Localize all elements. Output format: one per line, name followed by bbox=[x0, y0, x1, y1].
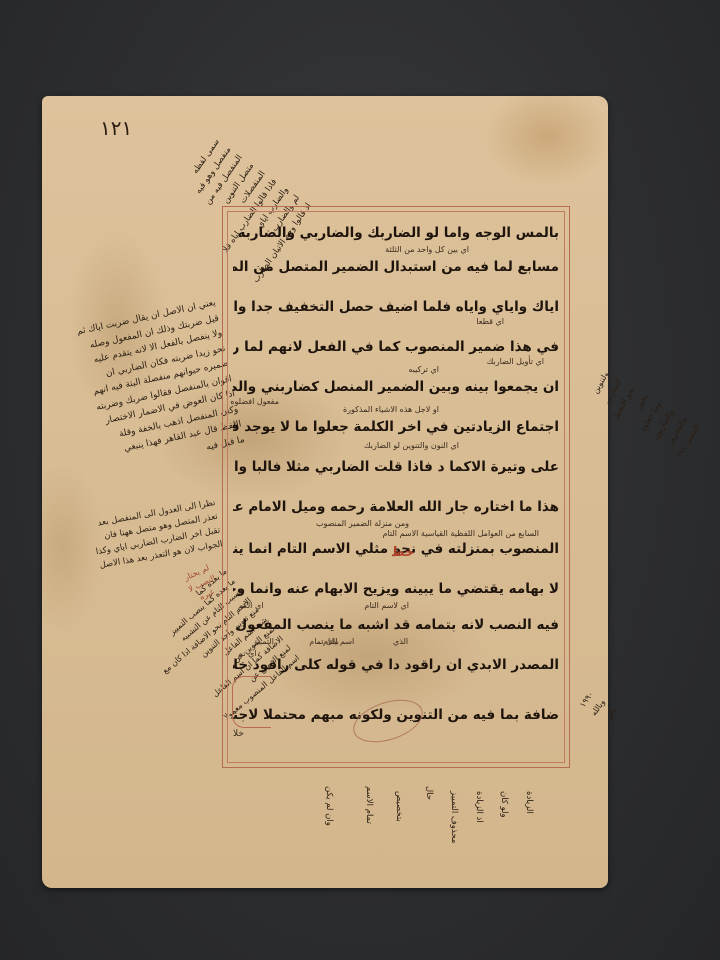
text-line: مسابع لما فيه من استبدال الضمير المتصل م… bbox=[233, 259, 559, 275]
text-line: اجتماع الزيادتين في اخر الكلمة جعلوا ما … bbox=[233, 419, 559, 435]
catchword: خلا bbox=[233, 729, 244, 739]
text-frame: بالمس الوجه واما لو الضاربك والضاربي وال… bbox=[222, 206, 570, 768]
gloss: اي قطعا bbox=[476, 317, 504, 326]
text-line: في هذا ضمير المنصوب كما في الفعل لانهم ل… bbox=[233, 339, 559, 355]
gloss: ومن منزلة الضمير المنصوب bbox=[316, 519, 409, 528]
gloss: اي لاسم التام bbox=[364, 601, 409, 610]
gloss: اي بين كل واحد من الثلثة bbox=[385, 245, 469, 254]
rubric-mark: خط bbox=[391, 545, 414, 560]
gloss: مفعول افضلوه bbox=[230, 397, 279, 406]
gloss: السابع من العوامل اللفظية القياسية الاسم… bbox=[383, 529, 539, 538]
gloss: اي النون والتنوين لو الضاربك bbox=[364, 441, 459, 450]
red-bracket-mark bbox=[232, 676, 271, 728]
gloss: اي تركيبه bbox=[408, 365, 439, 374]
main-text-block: بالمس الوجه واما لو الضاربك والضاربي وال… bbox=[233, 217, 559, 757]
folio-number: ١٢١ bbox=[100, 116, 132, 140]
text-line: المصدر الابدي ان راقود دا في قوله كلى را… bbox=[233, 657, 559, 673]
gloss: اي تأويل الضاربك bbox=[487, 357, 544, 366]
text-line: بالمس الوجه واما لو الضاربك والضاربي وال… bbox=[233, 225, 559, 241]
margin-note-left-lower: نظرا الى العدول الى المنفصل بعد تعذر الم… bbox=[96, 496, 224, 572]
gloss: بيان تمام bbox=[309, 637, 339, 646]
gloss: الذي bbox=[393, 637, 408, 646]
text-line: هذا ما اختاره جار الله العلامة رحمه وميل… bbox=[233, 499, 559, 515]
text-line: فيه النصب لانه بتمامه قد اشبه ما ينصب ال… bbox=[233, 617, 559, 633]
gloss: او لاجل هذه الاشياء المذكورة bbox=[343, 405, 439, 414]
text-line: لا بهامه يقتضي ما يبينه ويزيح الابهام عن… bbox=[233, 581, 559, 597]
manuscript-page: ١٢١ سمى لفظه منفصل وهو فيه المنفصل فيه م… bbox=[42, 96, 608, 888]
gloss: اي الكم bbox=[238, 601, 263, 610]
margin-note-bottom: وان لم يكن تمام الاسم بتخصيص حال محذوف ا… bbox=[322, 786, 522, 876]
gloss: التمييز bbox=[253, 637, 274, 646]
text-line: على وتيرة الاكما د فاذا قلت الضاربي مثلا… bbox=[233, 459, 559, 475]
text-line: اياك واياي واياه فلما اضيف حصل التخفيف ج… bbox=[233, 299, 559, 315]
text-line: ان يجمعوا بينه وبين الضمير المنصل كضاربن… bbox=[233, 379, 559, 395]
